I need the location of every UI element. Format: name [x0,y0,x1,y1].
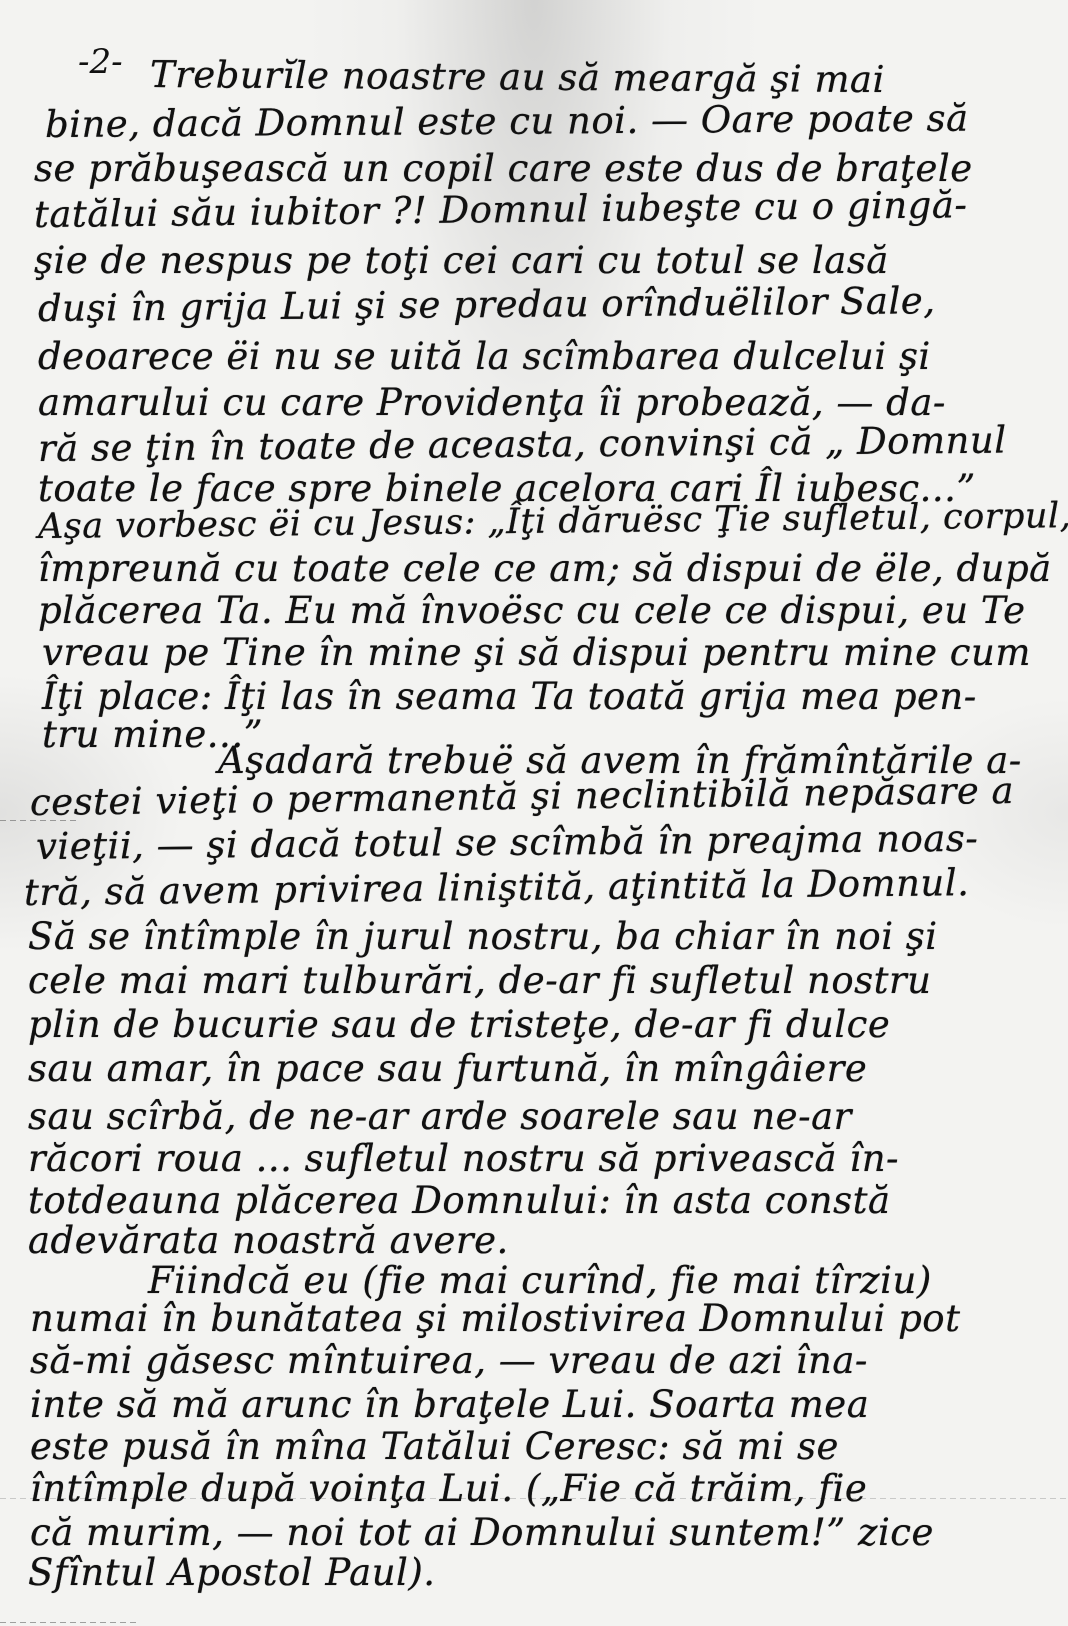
text-line: este pusă în mîna Tatălui Ceresc: să mi … [30,1428,839,1465]
text-line: cele mai mari tulburări, de-ar fi suflet… [28,962,932,999]
text-line: cestei vieţi o permanentă şi neclintibil… [30,772,1014,821]
text-line: numai în bunătatea şi milostivirea Domnu… [30,1300,960,1337]
text-line: că murim, — noi tot ai Domnului suntem!”… [30,1514,934,1551]
text-line: Îţi place: Îţi las în seama Ta toată gri… [42,678,977,715]
scan-fold-line [0,1622,140,1623]
text-line: Aşa vorbesc ëi cu Jesus: „Îţi dăruësc Ţi… [38,499,1068,545]
text-line: să-mi găsesc mîntuirea, — vreau de azi î… [30,1342,868,1379]
text-line: adevărata noastră avere. [28,1222,509,1259]
text-line: totdeauna plăcerea Domnului: în asta con… [28,1182,891,1219]
text-line: tatălui său iubitor ?! Domnul iubeşte cu… [34,186,968,233]
text-line: răcori roua ... sufletul nostru să prive… [28,1140,899,1177]
text-line: duşi în grija Lui şi se predau orînduëli… [38,282,936,327]
text-line: Să se întîmple în jurul nostru, ba chiar… [28,918,938,955]
scanned-letter-page: -2- Treburĭle noastre au să meargă şi ma… [0,0,1068,1626]
text-line: Sfîntul Apostol Paul). [28,1554,436,1591]
text-line: se prăbuşească un copil care este dus de… [34,150,973,187]
text-line: vieţii, — şi dacă totul se scîmbă în pre… [36,820,979,865]
text-line: bine, dacă Domnul este cu noi. — Oare po… [45,100,969,143]
text-line: vreau pe Tine în mine şi să dispui pentr… [42,634,1031,671]
text-line: sau amar, în pace sau furtună, în mîngâi… [28,1050,867,1087]
text-line: inte să mă arunc în braţele Lui. Soarta … [30,1386,869,1423]
text-line: Treburĭle noastre au să meargă şi mai [150,56,885,98]
text-line: ră se ţin în toate de aceasta, convinşi … [38,422,1007,467]
text-line: împreună cu toate cele ce am; să dispui … [38,550,1052,587]
page-number: -2- [78,42,123,82]
text-line: sau scîrbă, de ne-ar arde soarele sau ne… [28,1098,852,1135]
text-line: plăcerea Ta. Eu mă învoësc cu cele ce di… [38,592,1026,629]
text-line: deoarece ëi nu se uită la scîmbarea dulc… [38,338,931,375]
text-line: plin de bucurie sau de tristeţe, de-ar f… [28,1006,890,1043]
text-line: amarului cu care Providenţa îi probează,… [38,384,946,421]
text-line: şie de nespus pe toţi cei cari cu totul … [34,242,889,279]
text-line: Fiindcă eu (fie mai curînd, fie mai tîrz… [148,1262,932,1299]
text-line: tră, să avem privirea liniştită, aţintit… [24,864,970,911]
text-line: întîmple după voinţa Lui. („Fie că trăim… [30,1470,867,1507]
